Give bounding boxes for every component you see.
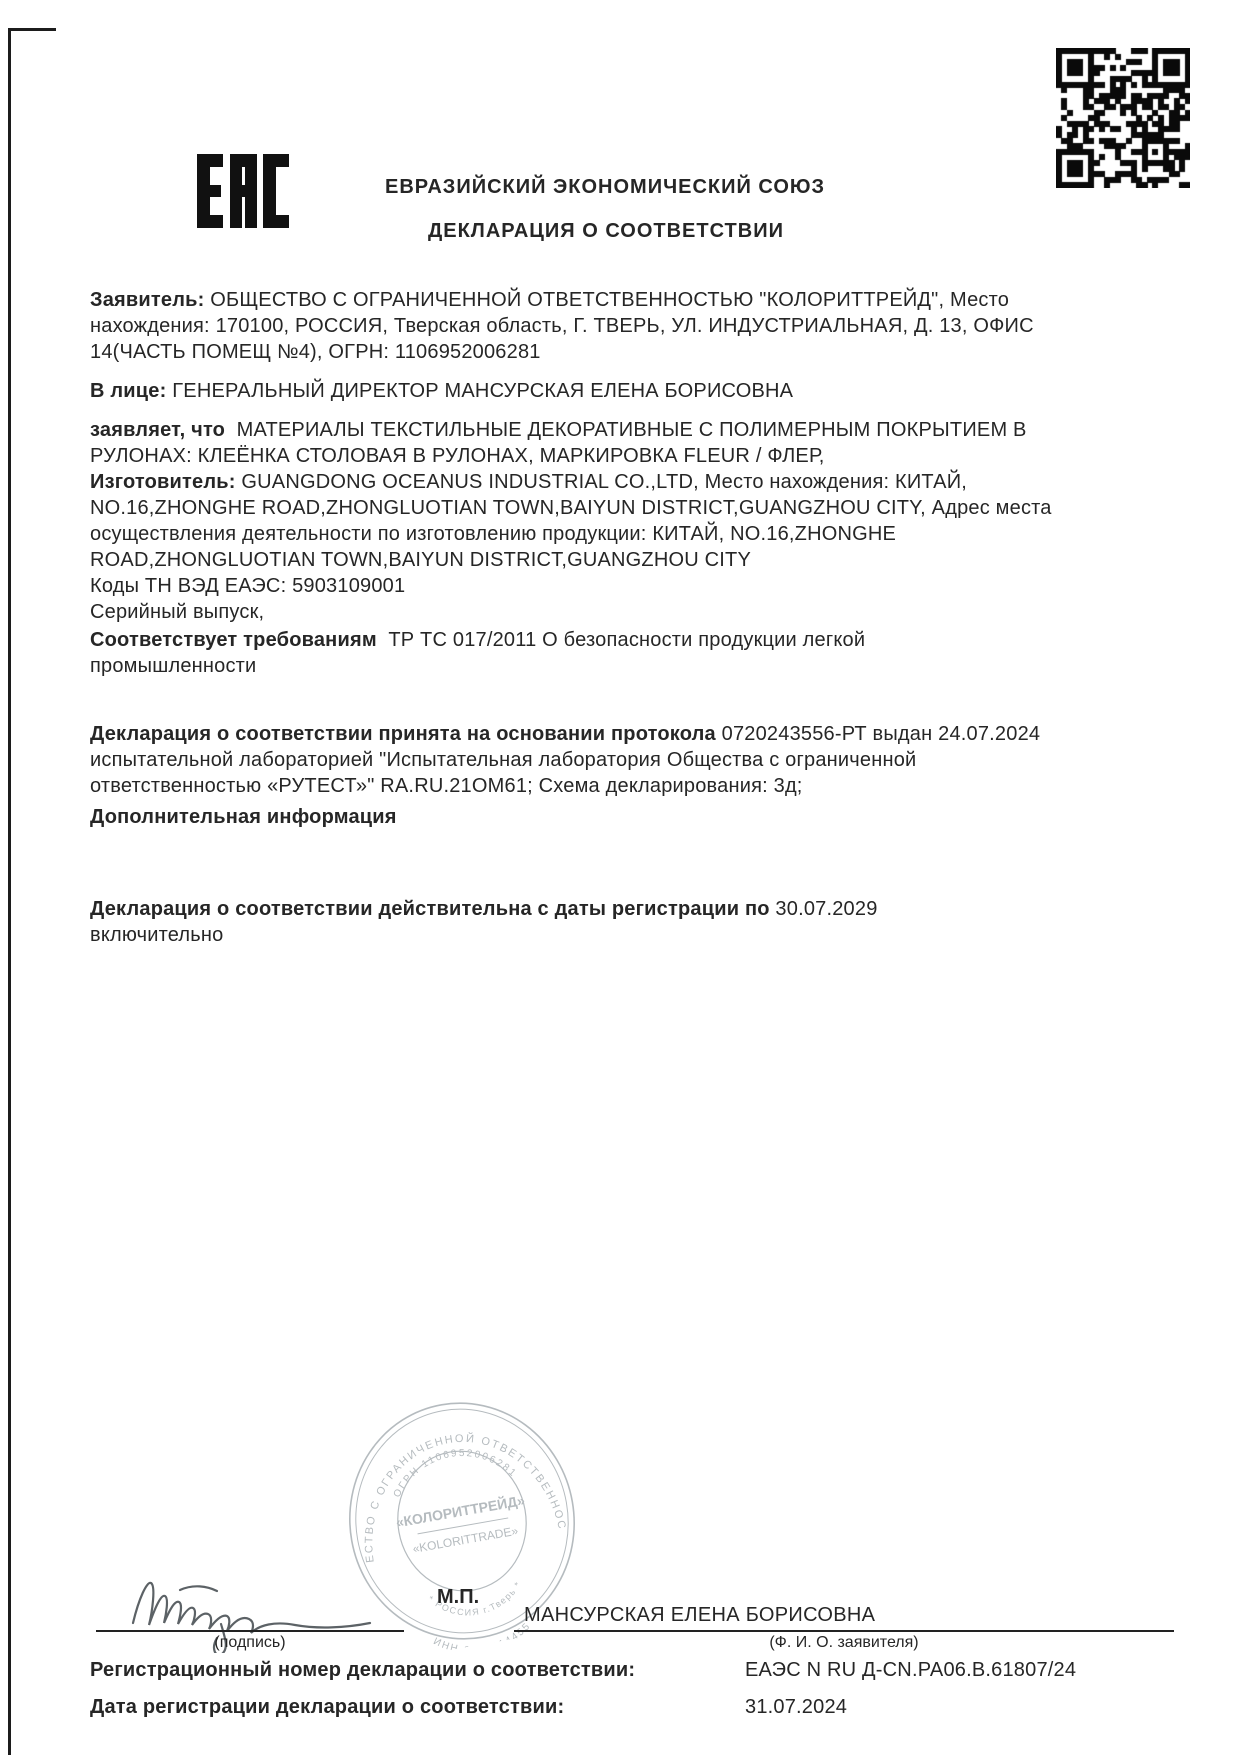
reg-number-value: ЕАЭС N RU Д-CN.РА06.В.61807/24 [745,1659,1076,1682]
validity-label: Декларация о соответствии действительна … [90,898,770,920]
scan-edge-left-line [8,28,11,1755]
svg-text:ОГРН 1106952006281: ОГРН 1106952006281 [386,1438,521,1501]
represented-by-text: ГЕНЕРАЛЬНЫЙ ДИРЕКТОР МАНСУРСКАЯ ЕЛЕНА БО… [172,380,793,402]
declares-text: МАТЕРИАЛЫ ТЕКСТИЛЬНЫЕ ДЕКОРАТИВНЫЕ С ПОЛ… [90,419,1027,467]
applicant-paragraph: Заявитель: ОБЩЕСТВО С ОГРАНИЧЕННОЙ ОТВЕТ… [90,287,1055,365]
union-title: ЕВРАЗИЙСКИЙ ЭКОНОМИЧЕСКИЙ СОЮЗ [385,176,825,199]
applicant-label: Заявитель: [90,289,205,311]
represented-by-label: В лице: [90,380,166,402]
signature-caption: (подпись) [96,1634,404,1652]
reg-date-value: 31.07.2024 [745,1696,847,1719]
serial-release-line: Серийный выпуск, [90,599,1130,625]
represented-by-paragraph: В лице: ГЕНЕРАЛЬНЫЙ ДИРЕКТОР МАНСУРСКАЯ … [90,378,1130,404]
declaration-document: ЕВРАЗИЙСКИЙ ЭКОНОМИЧЕСКИЙ СОЮЗ ДЕКЛАРАЦИ… [0,0,1240,1755]
manufacturer-paragraph: Изготовитель: GUANGDONG OCEANUS INDUSTRI… [90,469,1095,573]
name-line [514,1630,1174,1632]
basis-paragraph: Декларация о соответствии принята на осн… [90,721,1065,799]
validity-paragraph: Декларация о соответствии действительна … [90,896,950,948]
doc-title: ДЕКЛАРАЦИЯ О СООТВЕТСТВИИ [428,220,784,243]
reg-number-label: Регистрационный номер декларации о соотв… [90,1659,635,1682]
stamp-place-label: М.П. [437,1586,479,1609]
stamp-center-name-en: «KOLORITTRADE» [412,1523,520,1555]
complies-paragraph: Соответствует требованиям ТР ТС 017/2011… [90,627,975,679]
scan-edge-top-line [8,28,56,31]
additional-info-heading: Дополнительная информация [90,804,1130,830]
qr-code [1056,48,1190,188]
declares-label: заявляет, что [90,419,225,441]
signature-line [96,1630,404,1632]
complies-label: Соответствует требованиям [90,629,377,651]
declares-paragraph: заявляет, что МАТЕРИАЛЫ ТЕКСТИЛЬНЫЕ ДЕКО… [90,417,1055,469]
manufacturer-label: Изготовитель: [90,471,236,493]
eac-certification-mark-icon [197,154,289,228]
signer-full-name: МАНСУРСКАЯ ЕЛЕНА БОРИСОВНА [524,1604,875,1627]
basis-label: Декларация о соответствии принята на осн… [90,723,716,745]
stamp-ogrn-text: ОГРН 1106952006281 [386,1438,521,1501]
reg-date-label: Дата регистрации декларации о соответств… [90,1696,564,1719]
name-caption: (Ф. И. О. заявителя) [514,1634,1174,1652]
tnved-code-line: Коды ТН ВЭД ЕАЭС: 5903109001 [90,573,1130,599]
applicant-text: ОБЩЕСТВО С ОГРАНИЧЕННОЙ ОТВЕТСТВЕННОСТЬЮ… [90,289,1034,363]
